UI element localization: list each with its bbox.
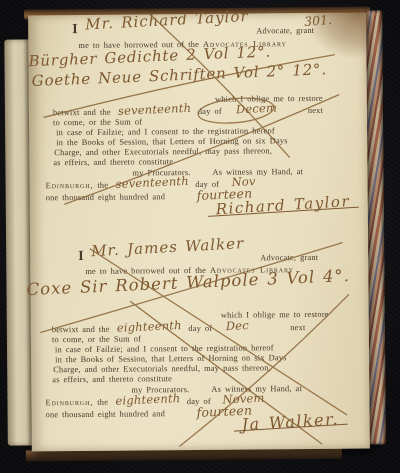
advocate-grant-text: Advocate, grant [260, 253, 318, 263]
failzie-line: in case of Failzie; and I consent to the… [55, 343, 274, 354]
sum-line: to come, or the Sum of [52, 334, 141, 344]
due-day-handwriting: eighteenth [116, 321, 181, 333]
failzie-line: as effeirs, and thereto constitute [52, 374, 172, 384]
year-line: one thousand eight hundred and fourteen [46, 407, 253, 420]
book-title-handwriting: Coxe Sir Robert Walpole 3 Vol 4°. [26, 271, 350, 294]
signature-handwriting: Ja Walker. [233, 414, 347, 432]
next-text: next [290, 323, 305, 332]
due-date-line: betwixt and the eighteenth day of Dec ne… [52, 322, 306, 334]
borrower-name-handwriting: Mr. James Walker [91, 239, 244, 256]
betwixt-text: betwixt and the [52, 325, 110, 335]
signed-day-handwriting: eighteenth [115, 394, 180, 406]
edinburgh-text: Edinburgh, [45, 398, 93, 407]
ledger-photograph: 301. I Mr. Richard Taylor Advocate, gran… [0, 0, 400, 473]
due-month-handwriting: Dec [226, 321, 249, 331]
failzie-line: Charge, and other Executorials needful, … [53, 363, 271, 374]
form-initial: I [78, 252, 84, 261]
the-text: the [97, 398, 108, 407]
day-of-text: day of [188, 324, 212, 333]
book-block: 301. I Mr. Richard Taylor Advocate, gran… [4, 6, 386, 461]
borrow-entry-walker: I Mr. James Walker Advocate, grant me to… [28, 12, 370, 451]
ledger-page: 301. I Mr. Richard Taylor Advocate, gran… [28, 12, 370, 451]
year-printed-text: one thousand eight hundred and [46, 409, 165, 419]
